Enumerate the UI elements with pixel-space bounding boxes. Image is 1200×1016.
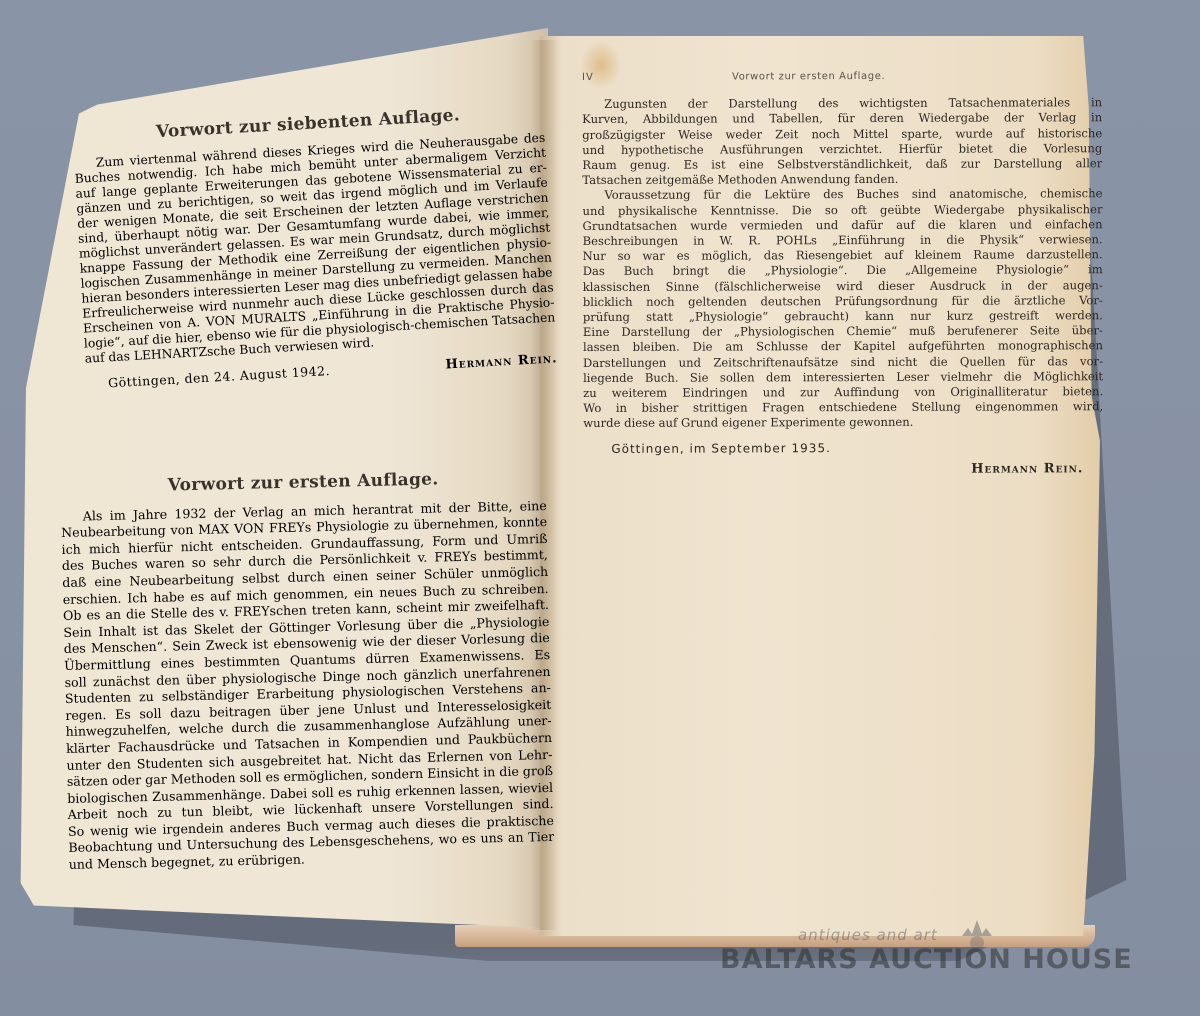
text-line: Voraussetzung für die Lektüre des Buches… (582, 187, 1102, 204)
watermark-subtitle: antiques and art (798, 926, 938, 944)
text-line: und physikalische Kenntnisse. Die so oft… (582, 202, 1102, 219)
text-line: Grundtatsachen wurde vermieden und dafür… (583, 217, 1103, 234)
text-line: großzügigster Weise weder Zeit noch Mitt… (582, 126, 1102, 143)
watermark-title: BALTARS AUCTION HOUSE (720, 944, 1133, 975)
text-line: lassen bleiben. Die am Schlusse der Kapi… (583, 339, 1103, 356)
text-line: Das Buch bringt die „Physiologie“. Die „… (583, 263, 1103, 280)
text-line: klassischen Sinne (fälschlicherweise wir… (583, 278, 1103, 295)
text-line: Tatsachen zeitgemäße Methoden Anwendung … (582, 171, 1102, 188)
section-body: Zum viertenmal während dieses Krieges wi… (74, 131, 557, 367)
text-line: wurde diese auf Grund eigener Experiment… (583, 415, 1103, 432)
right-page-text: IV Vorwort zur ersten Auflage. Zugunsten… (582, 68, 1103, 478)
text-line: Kurven, Abbildungen und Tabellen, für de… (582, 111, 1102, 128)
text-line: Darstellungen und Zeitschriftenaufsätze … (583, 354, 1103, 371)
running-title: Vorwort zur ersten Auflage. (732, 69, 885, 85)
text-line: und hypothetische Ausführungen verzichte… (582, 141, 1102, 158)
signature-row: Hermann Rein. (583, 461, 1103, 478)
text-line: prüfung statt „Physiologie“ gebraucht) k… (583, 308, 1103, 325)
text-line: Nur so war es möglich, das Riesengebiet … (583, 247, 1103, 264)
place-date: Göttingen, im September 1935. (583, 441, 831, 456)
paragraph: Zugunsten der Darstellung des wichtigste… (582, 95, 1102, 188)
running-header: IV Vorwort zur ersten Auflage. (582, 68, 1102, 85)
author-signature: Hermann Rein. (971, 461, 1083, 476)
text-line: Beschreibungen in W. R. POHLs „Einführun… (583, 232, 1103, 249)
preface-seventh-edition: Vorwort zur siebenten Auflage. Zum viert… (72, 104, 558, 393)
paragraph: Voraussetzung für die Lektüre des Buches… (582, 187, 1103, 432)
text-line: blicklich noch geltenden deutschen Prüfu… (583, 293, 1103, 310)
text-line: Zugunsten der Darstellung des wichtigste… (582, 95, 1102, 112)
text-line: Wo in bisher strittigen Fragen entschied… (583, 399, 1103, 416)
auction-watermark: antiques and art BALTARS AUCTION HOUSE (720, 930, 1140, 980)
page-number: IV (582, 69, 732, 85)
text-line: Eine Darstellung der „Physiologischen Ch… (583, 323, 1103, 340)
place-date-row: Göttingen, im September 1935. (583, 440, 1103, 457)
text-line: Raum genug. Es ist eine Selbstverständli… (582, 156, 1102, 173)
preface-first-edition: Vorwort zur ersten Auflage. Als im Jahre… (60, 469, 555, 874)
section-body: Als im Jahre 1932 der Verlag an mich her… (61, 498, 555, 874)
text-line: zu weiterem Eindringen und zur Auffindun… (583, 384, 1103, 401)
text-line: liegende Buch. Sie sollen dem interessie… (583, 369, 1103, 386)
